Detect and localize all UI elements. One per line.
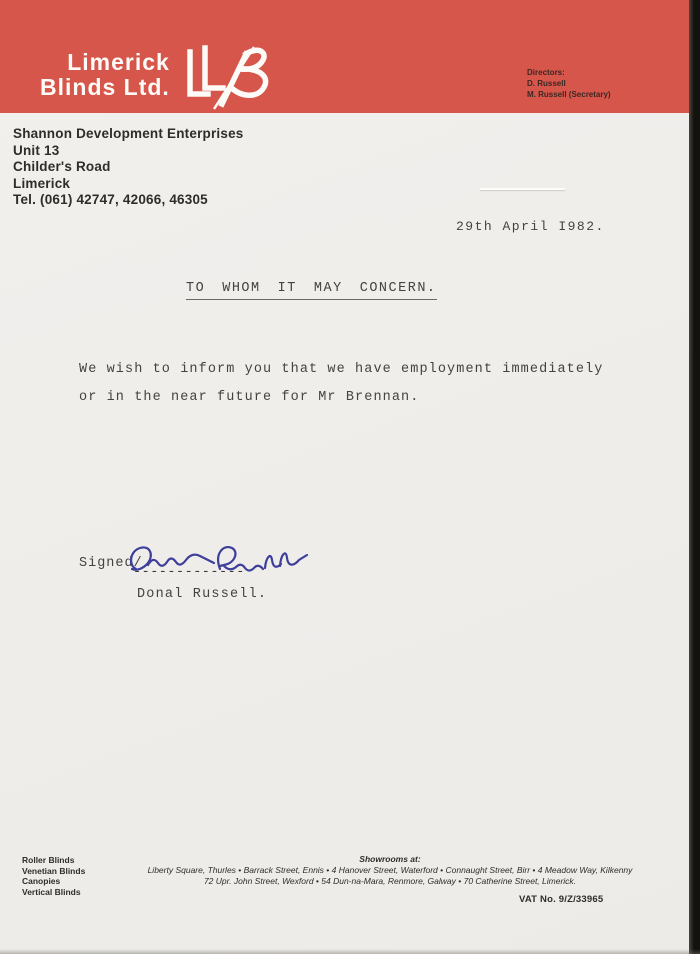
scan-crease-mark (480, 188, 565, 190)
sender-address: Shannon Development Enterprises Unit 13 … (13, 126, 244, 209)
company-name-line1: Limerick (40, 50, 170, 75)
showrooms-block: Showrooms at: Liberty Square, Thurles • … (105, 854, 675, 887)
address-line-5: Tel. (061) 42747, 42066, 46305 (13, 192, 244, 209)
scanned-letter-page: Limerick Blinds Ltd. Directors: D (0, 0, 700, 954)
directors-label: Directors: (527, 67, 611, 78)
directors-block: Directors: D. Russell M. Russell (Secret… (527, 67, 611, 100)
lb-monogram-icon (178, 44, 274, 115)
vat-number: VAT No. 9/Z/33965 (519, 894, 603, 905)
showrooms-label: Showrooms at: (105, 854, 675, 865)
address-line-4: Limerick (13, 176, 244, 193)
product-list: Roller Blinds Venetian Blinds Canopies V… (22, 855, 85, 897)
signature-scribble (124, 539, 314, 588)
product-2: Venetian Blinds (22, 866, 85, 877)
address-line-2: Unit 13 (13, 143, 244, 160)
showrooms-line1: Liberty Square, Thurles • Barrack Street… (105, 865, 675, 876)
address-line-1: Shannon Development Enterprises (13, 126, 244, 143)
body-text-line1: We wish to inform you that we have emplo… (79, 362, 603, 377)
body-text-line2: or in the near future for Mr Brennan. (79, 390, 419, 405)
company-name-line2: Blinds Ltd. (40, 75, 170, 100)
scan-edge-bottom (0, 949, 700, 954)
product-4: Vertical Blinds (22, 887, 85, 898)
letterhead-banner: Limerick Blinds Ltd. Directors: D (0, 0, 700, 113)
salutation-line: TO WHOM IT MAY CONCERN. (186, 281, 437, 300)
company-name: Limerick Blinds Ltd. (40, 44, 170, 100)
letter-date: 29th April I982. (456, 219, 605, 234)
showrooms-line2: 72 Upr. John Street, Wexford • 54 Dun-na… (105, 876, 675, 887)
director-1: D. Russell (527, 78, 611, 89)
typed-signatory-name: Donal Russell. (137, 587, 267, 602)
address-line-3: Childer's Road (13, 159, 244, 176)
scan-edge-right (689, 0, 700, 954)
product-1: Roller Blinds (22, 855, 85, 866)
product-3: Canopies (22, 876, 85, 887)
brand-lockup: Limerick Blinds Ltd. (40, 44, 274, 115)
director-2: M. Russell (Secretary) (527, 89, 611, 100)
